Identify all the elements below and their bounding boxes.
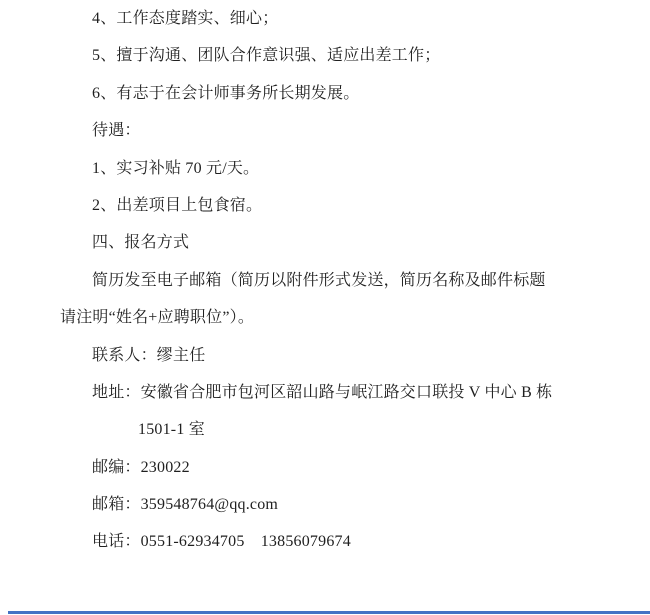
- doc-line-section-apply: 四、报名方式: [60, 224, 640, 261]
- doc-line-benefit-1: 1、实习补贴 70 元/天。: [60, 150, 640, 187]
- doc-line-phone: 电话：0551-62934705 13856079674: [60, 523, 640, 560]
- document-page: 4、工作态度踏实、细心； 5、擅于沟通、团队合作意识强、适应出差工作； 6、有志…: [0, 0, 650, 615]
- doc-line-postcode: 邮编：230022: [60, 449, 640, 486]
- doc-line-requirement-6: 6、有志于在会计师事务所长期发展。: [60, 75, 640, 112]
- document-body: 4、工作态度踏实、细心； 5、擅于沟通、团队合作意识强、适应出差工作； 6、有志…: [0, 0, 650, 561]
- doc-line-contact-person: 联系人：缪主任: [60, 337, 640, 374]
- doc-line-apply-info-2: 请注明“姓名+应聘职位”）。: [60, 299, 640, 336]
- doc-line-apply-info-1: 简历发至电子邮箱（简历以附件形式发送，简历名称及邮件标题: [60, 262, 640, 299]
- doc-line-address-1: 地址：安徽省合肥市包河区韶山路与岷江路交口联投 V 中心 B 栋: [60, 374, 640, 411]
- doc-line-email: 邮箱：359548764@qq.com: [60, 486, 640, 523]
- bottom-accent-line: [8, 611, 650, 614]
- doc-line-benefits-title: 待遇：: [60, 112, 640, 149]
- doc-line-address-2: 1501-1 室: [60, 411, 640, 448]
- doc-line-requirement-4: 4、工作态度踏实、细心；: [60, 0, 640, 37]
- doc-line-requirement-5: 5、擅于沟通、团队合作意识强、适应出差工作；: [60, 37, 640, 74]
- doc-line-benefit-2: 2、出差项目上包食宿。: [60, 187, 640, 224]
